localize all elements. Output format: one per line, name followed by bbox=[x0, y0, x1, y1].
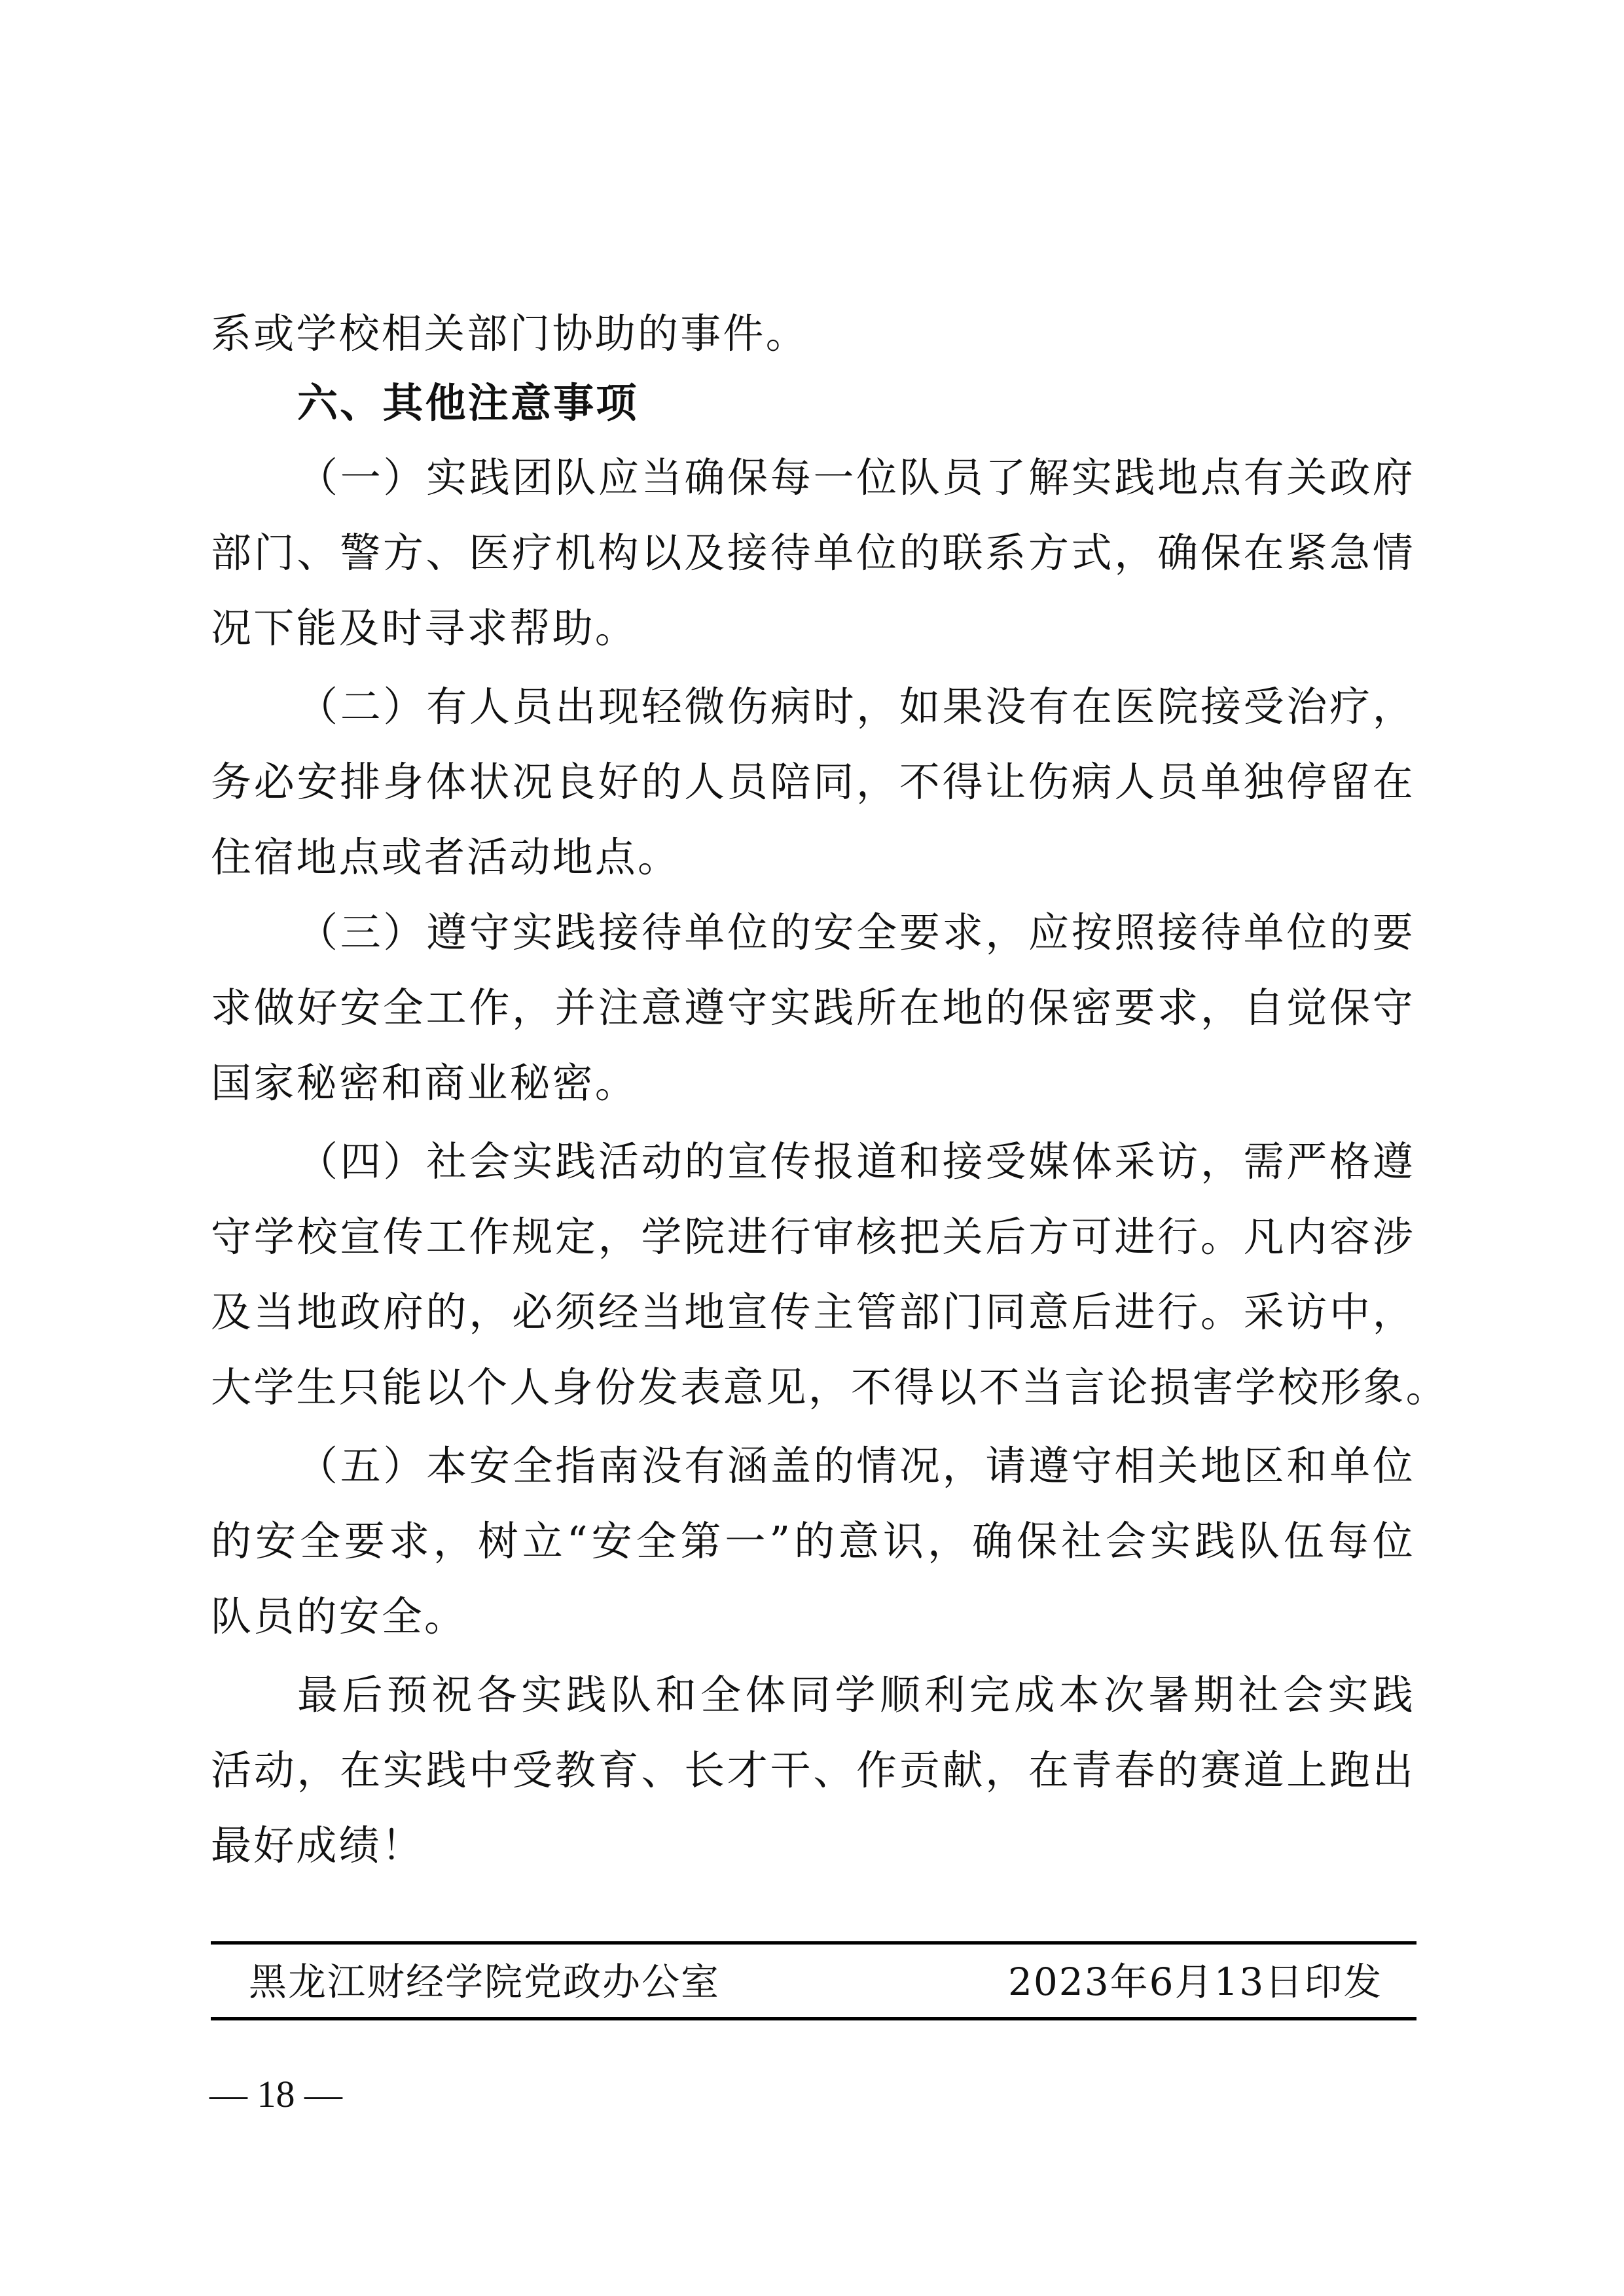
footer-issue-date: 2023年6月13日印发 bbox=[1008, 1956, 1382, 2008]
item-4-line-3: 及当地政府的，必须经当地宣传主管部门同意后进行。采访中， bbox=[211, 1286, 1415, 1338]
footer-bottom-rule bbox=[211, 2017, 1416, 2020]
item-4-line-2: 守学校宣传工作规定，学院进行审核把关后方可进行。凡内容涉 bbox=[211, 1211, 1415, 1263]
item-4-line-1: （四）社会实践活动的宣传报道和接受媒体采访，需严格遵 bbox=[211, 1136, 1415, 1188]
closing-line-2: 活动，在实践中受教育、长才干、作贡献，在青春的赛道上跑出 bbox=[211, 1744, 1415, 1797]
section-heading: 六、其他注意事项 bbox=[211, 377, 1502, 429]
document-page: 系或学校相关部门协助的事件。 六、其他注意事项 （一）实践团队应当确保每一位队员… bbox=[0, 0, 1624, 2296]
item-3-line-1: （三）遵守实践接待单位的安全要求，应按照接待单位的要 bbox=[211, 906, 1415, 959]
footer-top-rule bbox=[211, 1941, 1416, 1945]
item-3-line-2: 求做好安全工作，并注意遵守实践所在地的保密要求，自觉保守 bbox=[211, 982, 1415, 1034]
item-1-line-1: （一）实践团队应当确保每一位队员了解实践地点有关政府 bbox=[211, 452, 1415, 504]
item-1-line-2: 部门、警方、医疗机构以及接待单位的联系方式，确保在紧急情 bbox=[211, 527, 1415, 579]
item-2-line-2: 务必安排身体状况良好的人员陪同，不得让伤病人员单独停留在 bbox=[211, 756, 1415, 808]
item-5-line-3: 队员的安全。 bbox=[211, 1590, 1415, 1643]
item-2-line-3: 住宿地点或者活动地点。 bbox=[211, 831, 1415, 884]
page-number: — 18 — bbox=[209, 2068, 342, 2121]
item-5-line-2: 的安全要求，树立“安全第一”的意识，确保社会实践队伍每位 bbox=[211, 1515, 1415, 1568]
closing-line-1: 最后预祝各实践队和全体同学顺利完成本次暑期社会实践 bbox=[211, 1669, 1415, 1721]
item-1-line-3: 况下能及时寻求帮助。 bbox=[211, 602, 1415, 655]
footer-issuer: 黑龙江财经学院党政办公室 bbox=[249, 1956, 720, 2008]
item-5-line-1: （五）本安全指南没有涵盖的情况，请遵守相关地区和单位 bbox=[211, 1440, 1415, 1492]
item-2-line-1: （二）有人员出现轻微伤病时，如果没有在医院接受治疗， bbox=[211, 681, 1415, 733]
continuation-text: 系或学校相关部门协助的事件。 bbox=[211, 308, 1415, 360]
closing-line-3: 最好成绩！ bbox=[211, 1820, 1415, 1872]
item-3-line-3: 国家秘密和商业秘密。 bbox=[211, 1057, 1415, 1109]
item-4-line-4: 大学生只能以个人身份发表意见，不得以不当言论损害学校形象。 bbox=[211, 1361, 1415, 1414]
